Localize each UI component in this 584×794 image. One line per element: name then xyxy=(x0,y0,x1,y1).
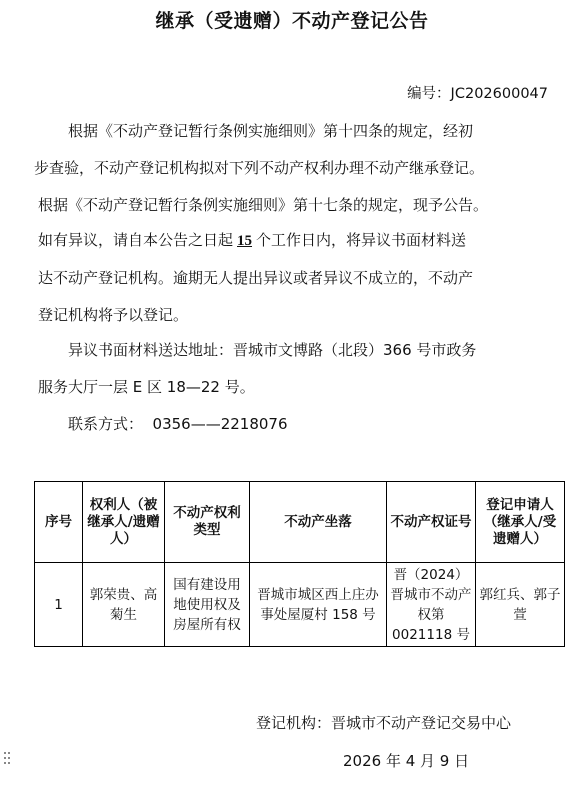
header-location: 不动产坐落 xyxy=(250,482,387,563)
header-applicant: 登记申请人（继承人/受遗赠人） xyxy=(476,482,565,563)
objection-days: 15 xyxy=(233,233,256,249)
cell-index: 1 xyxy=(35,563,83,647)
cell-location: 晋城市城区西上庄办事处屋厦村 158 号 xyxy=(250,563,387,647)
contact-info: 联系方式： 0356——2218076 xyxy=(38,406,558,443)
table-row: 1 郭荣贵、高菊生 国有建设用地使用权及房屋所有权 晋城市城区西上庄办事处屋厦村… xyxy=(35,563,565,647)
text-segment: 个工作日内，将异议书面材料送 xyxy=(256,231,466,249)
text-segment: 如有异议，请自本公告之日起 xyxy=(38,231,233,249)
registration-table: 序号 权利人（被继承人/遗赠人） 不动产权利类型 不动产坐落 不动产权证号 登记… xyxy=(34,481,565,647)
header-certificate: 不动产权证号 xyxy=(387,482,476,563)
paragraph-legal-basis: 根据《不动产登记暂行条例实施细则》第十四条的规定，经初 步查验，不动产登记机构拟… xyxy=(38,113,558,224)
notice-date: 2026 年 4 月 9 日 xyxy=(343,750,469,771)
cell-owner: 郭荣贵、高菊生 xyxy=(83,563,165,647)
text-line: 根据《不动产登记暂行条例实施细则》第十七条的规定，现予公告。 xyxy=(38,187,558,224)
text-line: 达不动产登记机构。逾期无人提出异议或者异议不成立的，不动产 xyxy=(38,260,558,297)
header-right-type: 不动产权利类型 xyxy=(165,482,250,563)
text-line: 根据《不动产登记暂行条例实施细则》第十四条的规定，经初 xyxy=(38,113,558,150)
text-line: 服务大厅一层 E 区 18—22 号。 xyxy=(38,369,558,406)
cell-applicant: 郭红兵、郭子萱 xyxy=(476,563,565,647)
header-owner: 权利人（被继承人/遗赠人） xyxy=(83,482,165,563)
notice-number: 编号：JC202600047 xyxy=(407,82,548,103)
paragraph-objection: 如有异议，请自本公告之日起15个工作日内，将异议书面材料送 达不动产登记机构。逾… xyxy=(38,222,558,334)
cell-certificate: 晋（2024）晋城市不动产权第 0021118 号 xyxy=(387,563,476,647)
text-line: 步查验，不动产登记机构拟对下列不动产权利办理不动产继承登记。 xyxy=(34,150,558,187)
notice-title: 继承（受遗赠）不动产登记公告 xyxy=(0,6,584,33)
cell-right-type: 国有建设用地使用权及房屋所有权 xyxy=(165,563,250,647)
text-line: 异议书面材料送达地址：晋城市文博路（北段）366 号市政务 xyxy=(38,332,558,369)
text-line: 登记机构将予以登记。 xyxy=(38,297,558,334)
table-header-row: 序号 权利人（被继承人/遗赠人） 不动产权利类型 不动产坐落 不动产权证号 登记… xyxy=(35,482,565,563)
header-index: 序号 xyxy=(35,482,83,563)
registration-authority: 登记机构：晋城市不动产登记交易中心 xyxy=(256,712,511,733)
drag-handle-icon[interactable] xyxy=(4,752,12,766)
paragraph-address: 异议书面材料送达地址：晋城市文博路（北段）366 号市政务 服务大厅一层 E 区… xyxy=(38,332,558,443)
